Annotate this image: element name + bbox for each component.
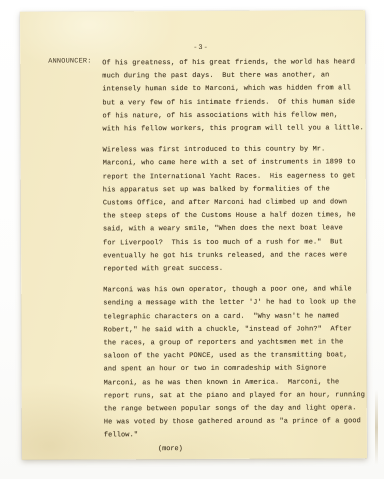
more-indicator: (more) [158, 442, 360, 456]
script-line: report runs, sat at the piano and played… [104, 389, 360, 403]
script-line: intensely human side to Marconi, which w… [102, 83, 358, 97]
script-line: Wireless was first introduced to this co… [103, 143, 359, 157]
script-line: and spent an hour or two in comradeship … [104, 363, 360, 377]
script-line: Robert," he said with a chuckle, "instea… [103, 323, 359, 337]
script-line: of his nature, of his associations with … [102, 109, 358, 123]
speaker-label: ANNOUNCER: [48, 57, 91, 65]
script-line: Marconi, who came here with a set of ins… [103, 157, 359, 171]
script-line: the range between popular songs of the d… [104, 402, 360, 416]
paragraph: Of his greatness, of his great friends, … [102, 56, 358, 136]
script-line: fellow." [104, 429, 360, 443]
paragraph: Wireless was first introduced to this co… [103, 143, 360, 276]
script-line: Customs Office, and after Marconi had cl… [103, 196, 359, 210]
page-number: -3- [193, 44, 209, 52]
script-line: report the International Yacht Races. Hi… [103, 170, 359, 184]
script-line: for Liverpool? This is too much of a rus… [103, 236, 359, 250]
script-line: telegraphic characters on a card. "Why w… [103, 310, 359, 324]
photo-background: -3- ANNOUNCER: Of his greatness, of his … [0, 0, 384, 479]
script-line: his apparatus set up was balked by forma… [103, 183, 359, 197]
script-line: Marconi was his own operator, though a p… [103, 284, 359, 298]
paragraphs: Of his greatness, of his great friends, … [102, 56, 360, 443]
script-line: with his fellow workers, this program wi… [103, 122, 359, 136]
script-line: sending a message with the letter 'J' he… [103, 297, 359, 311]
adjacent-sheet-edge [375, 390, 378, 465]
script-text-column: Of his greatness, of his great friends, … [102, 56, 360, 456]
script-line: saloon of the yacht PONCE, used as the t… [104, 350, 360, 364]
script-line: Marconi, as he was then known in America… [104, 376, 360, 390]
script-line: He was voted by those gathered around as… [104, 416, 360, 430]
script-line: much during the past days. But there was… [102, 69, 358, 83]
script-line: Of his greatness, of his great friends, … [102, 56, 358, 70]
script-line: the races, a group of reporters and yach… [103, 336, 359, 350]
script-line: reported with great success. [103, 262, 359, 276]
script-line: the steep steps of the Customs House a h… [103, 210, 359, 224]
paragraph: Marconi was his own operator, though a p… [103, 284, 360, 444]
script-line: eventually he got his trunks released, a… [103, 249, 359, 263]
script-line: said, with a weary smile, "When does the… [103, 223, 359, 237]
script-page: -3- ANNOUNCER: Of his greatness, of his … [20, 10, 367, 460]
script-line: but a very few of his intimate friends. … [102, 96, 358, 110]
